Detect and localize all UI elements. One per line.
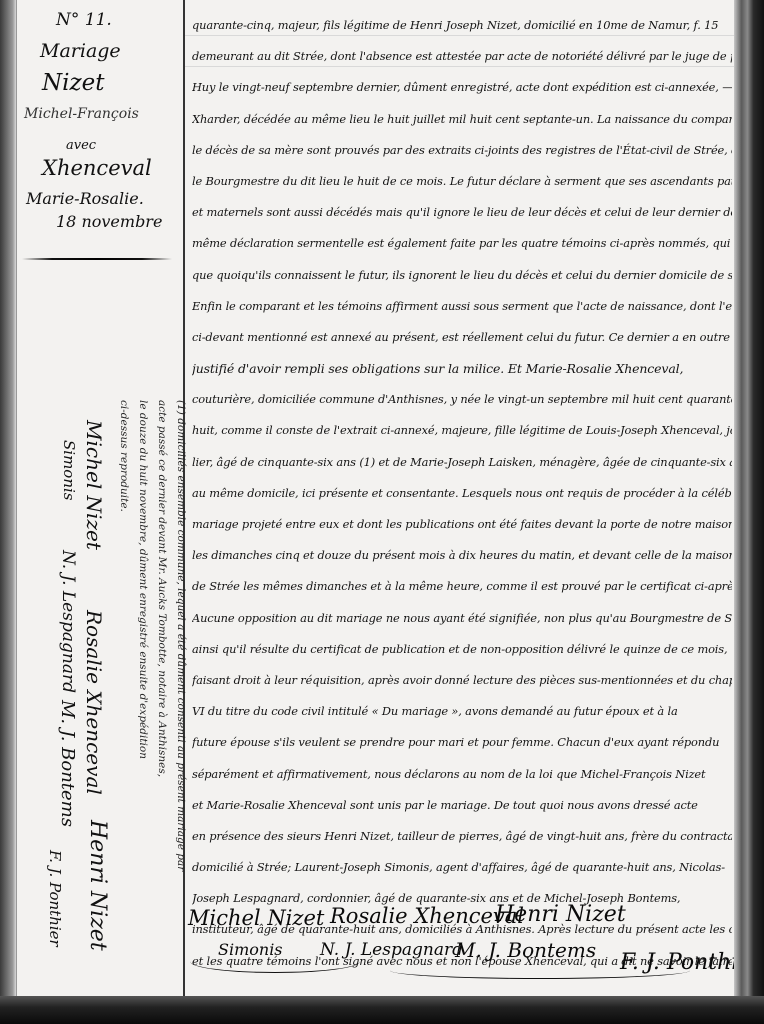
bride-surname: Xhenceval xyxy=(42,156,152,180)
body-line: le Bourgmestre du dit lieu le huit de ce… xyxy=(192,166,732,197)
groom-given-names: Michel-François xyxy=(24,106,139,122)
note-line: (1) domiciliés ensemble commune, lequel … xyxy=(171,400,190,871)
book-binding xyxy=(0,0,16,1000)
left-page-edge xyxy=(16,0,17,996)
body-line: Aucune opposition au dit mariage ne nous… xyxy=(192,603,732,634)
body-line: et Marie-Rosalie Xhenceval sont unis par… xyxy=(192,790,732,821)
body-line: séparément et affirmativement, nous décl… xyxy=(192,759,732,790)
body-line: le décès de sa mère sont prouvés par des… xyxy=(192,135,732,166)
note-signature: F. J. Ponthier xyxy=(46,850,64,947)
body-line: lier, âgé de cinquante-six ans (1) et de… xyxy=(192,447,732,478)
body-line: Xharder, décédée au même lieu le huit ju… xyxy=(192,104,732,135)
note-line: acte passé ce dernier devant Mr. Aucks T… xyxy=(152,400,171,871)
body-line: domicilié à Strée; Laurent-Joseph Simoni… xyxy=(192,852,732,883)
body-line: les dimanches cinq et douze du présent m… xyxy=(192,540,732,571)
note-signature: N. J. Lespagnard xyxy=(58,550,78,693)
body-line: même déclaration sermentelle est égaleme… xyxy=(192,228,732,259)
margin-separator xyxy=(22,258,172,260)
note-signature: Henri Nizet xyxy=(85,820,110,951)
note-signature: M. J. Bontems xyxy=(57,700,78,827)
bride-given-names: Marie-Rosalie. xyxy=(26,189,144,208)
register-page: N° 11. Mariage Nizet Michel-François ave… xyxy=(0,0,744,1000)
body-line: que quoiqu'ils connaissent le futur, ils… xyxy=(192,260,732,291)
body-line: en présence des sieurs Henri Nizet, tail… xyxy=(192,821,732,852)
note-signature: Simonis xyxy=(60,440,78,500)
act-body: quarante-cinq, majeur, fils légitime de … xyxy=(192,10,732,977)
body-line: ainsi qu'il résulte du certificat de pub… xyxy=(192,634,732,665)
page-bottom-edge xyxy=(0,996,764,1024)
body-line: quarante-cinq, majeur, fils légitime de … xyxy=(192,10,732,41)
act-type: Mariage xyxy=(40,40,121,62)
signature-witness-henri-nizet: Henri Nizet xyxy=(495,902,626,927)
page-right-edge xyxy=(734,0,764,1024)
body-line: de Strée les mêmes dimanches et à la mêm… xyxy=(192,571,732,602)
marriage-date: 18 novembre xyxy=(56,212,162,231)
conjunction: avec xyxy=(66,138,96,153)
signature-flourish xyxy=(390,962,690,979)
act-number: N° 11. xyxy=(56,10,112,30)
body-line: mariage projeté entre eux et dont les pu… xyxy=(192,509,732,540)
body-line: ci-devant mentionné est annexé au présen… xyxy=(192,322,732,353)
note-signature: Rosalie Xhenceval xyxy=(82,610,106,795)
note-line: ci-dessus reproduite. xyxy=(114,400,133,871)
signature-flourish xyxy=(190,950,360,973)
body-line: future épouse s'ils veulent se prendre p… xyxy=(192,727,732,758)
body-line: Huy le vingt-neuf septembre dernier, dûm… xyxy=(192,72,732,103)
body-line: huit, comme il conste de l'extrait ci-an… xyxy=(192,415,732,446)
body-line: justifié d'avoir rempli ses obligations … xyxy=(192,353,732,384)
body-line: au même domicile, ici présente et consen… xyxy=(192,478,732,509)
note-signature: Michel Nizet xyxy=(82,420,106,550)
signature-groom: Michel Nizet xyxy=(188,906,324,930)
body-line: faisant droit à leur réquisition, après … xyxy=(192,665,732,696)
body-line: couturière, domiciliée commune d'Anthisn… xyxy=(192,384,732,415)
signature-witness-bontems: M. J. Bontems xyxy=(455,938,596,962)
body-line: et maternels sont aussi décédés mais qu'… xyxy=(192,197,732,228)
note-line: le douze du huit novembre, dûment enregi… xyxy=(133,400,152,871)
body-line: VI du titre du code civil intitulé « Du … xyxy=(192,696,732,727)
body-line: demeurant au dit Strée, dont l'absence e… xyxy=(192,41,732,72)
groom-surname: Nizet xyxy=(42,70,104,96)
marginal-note: (1) domiciliés ensemble commune, lequel … xyxy=(50,400,190,960)
body-line: Enfin le comparant et les témoins affirm… xyxy=(192,291,732,322)
